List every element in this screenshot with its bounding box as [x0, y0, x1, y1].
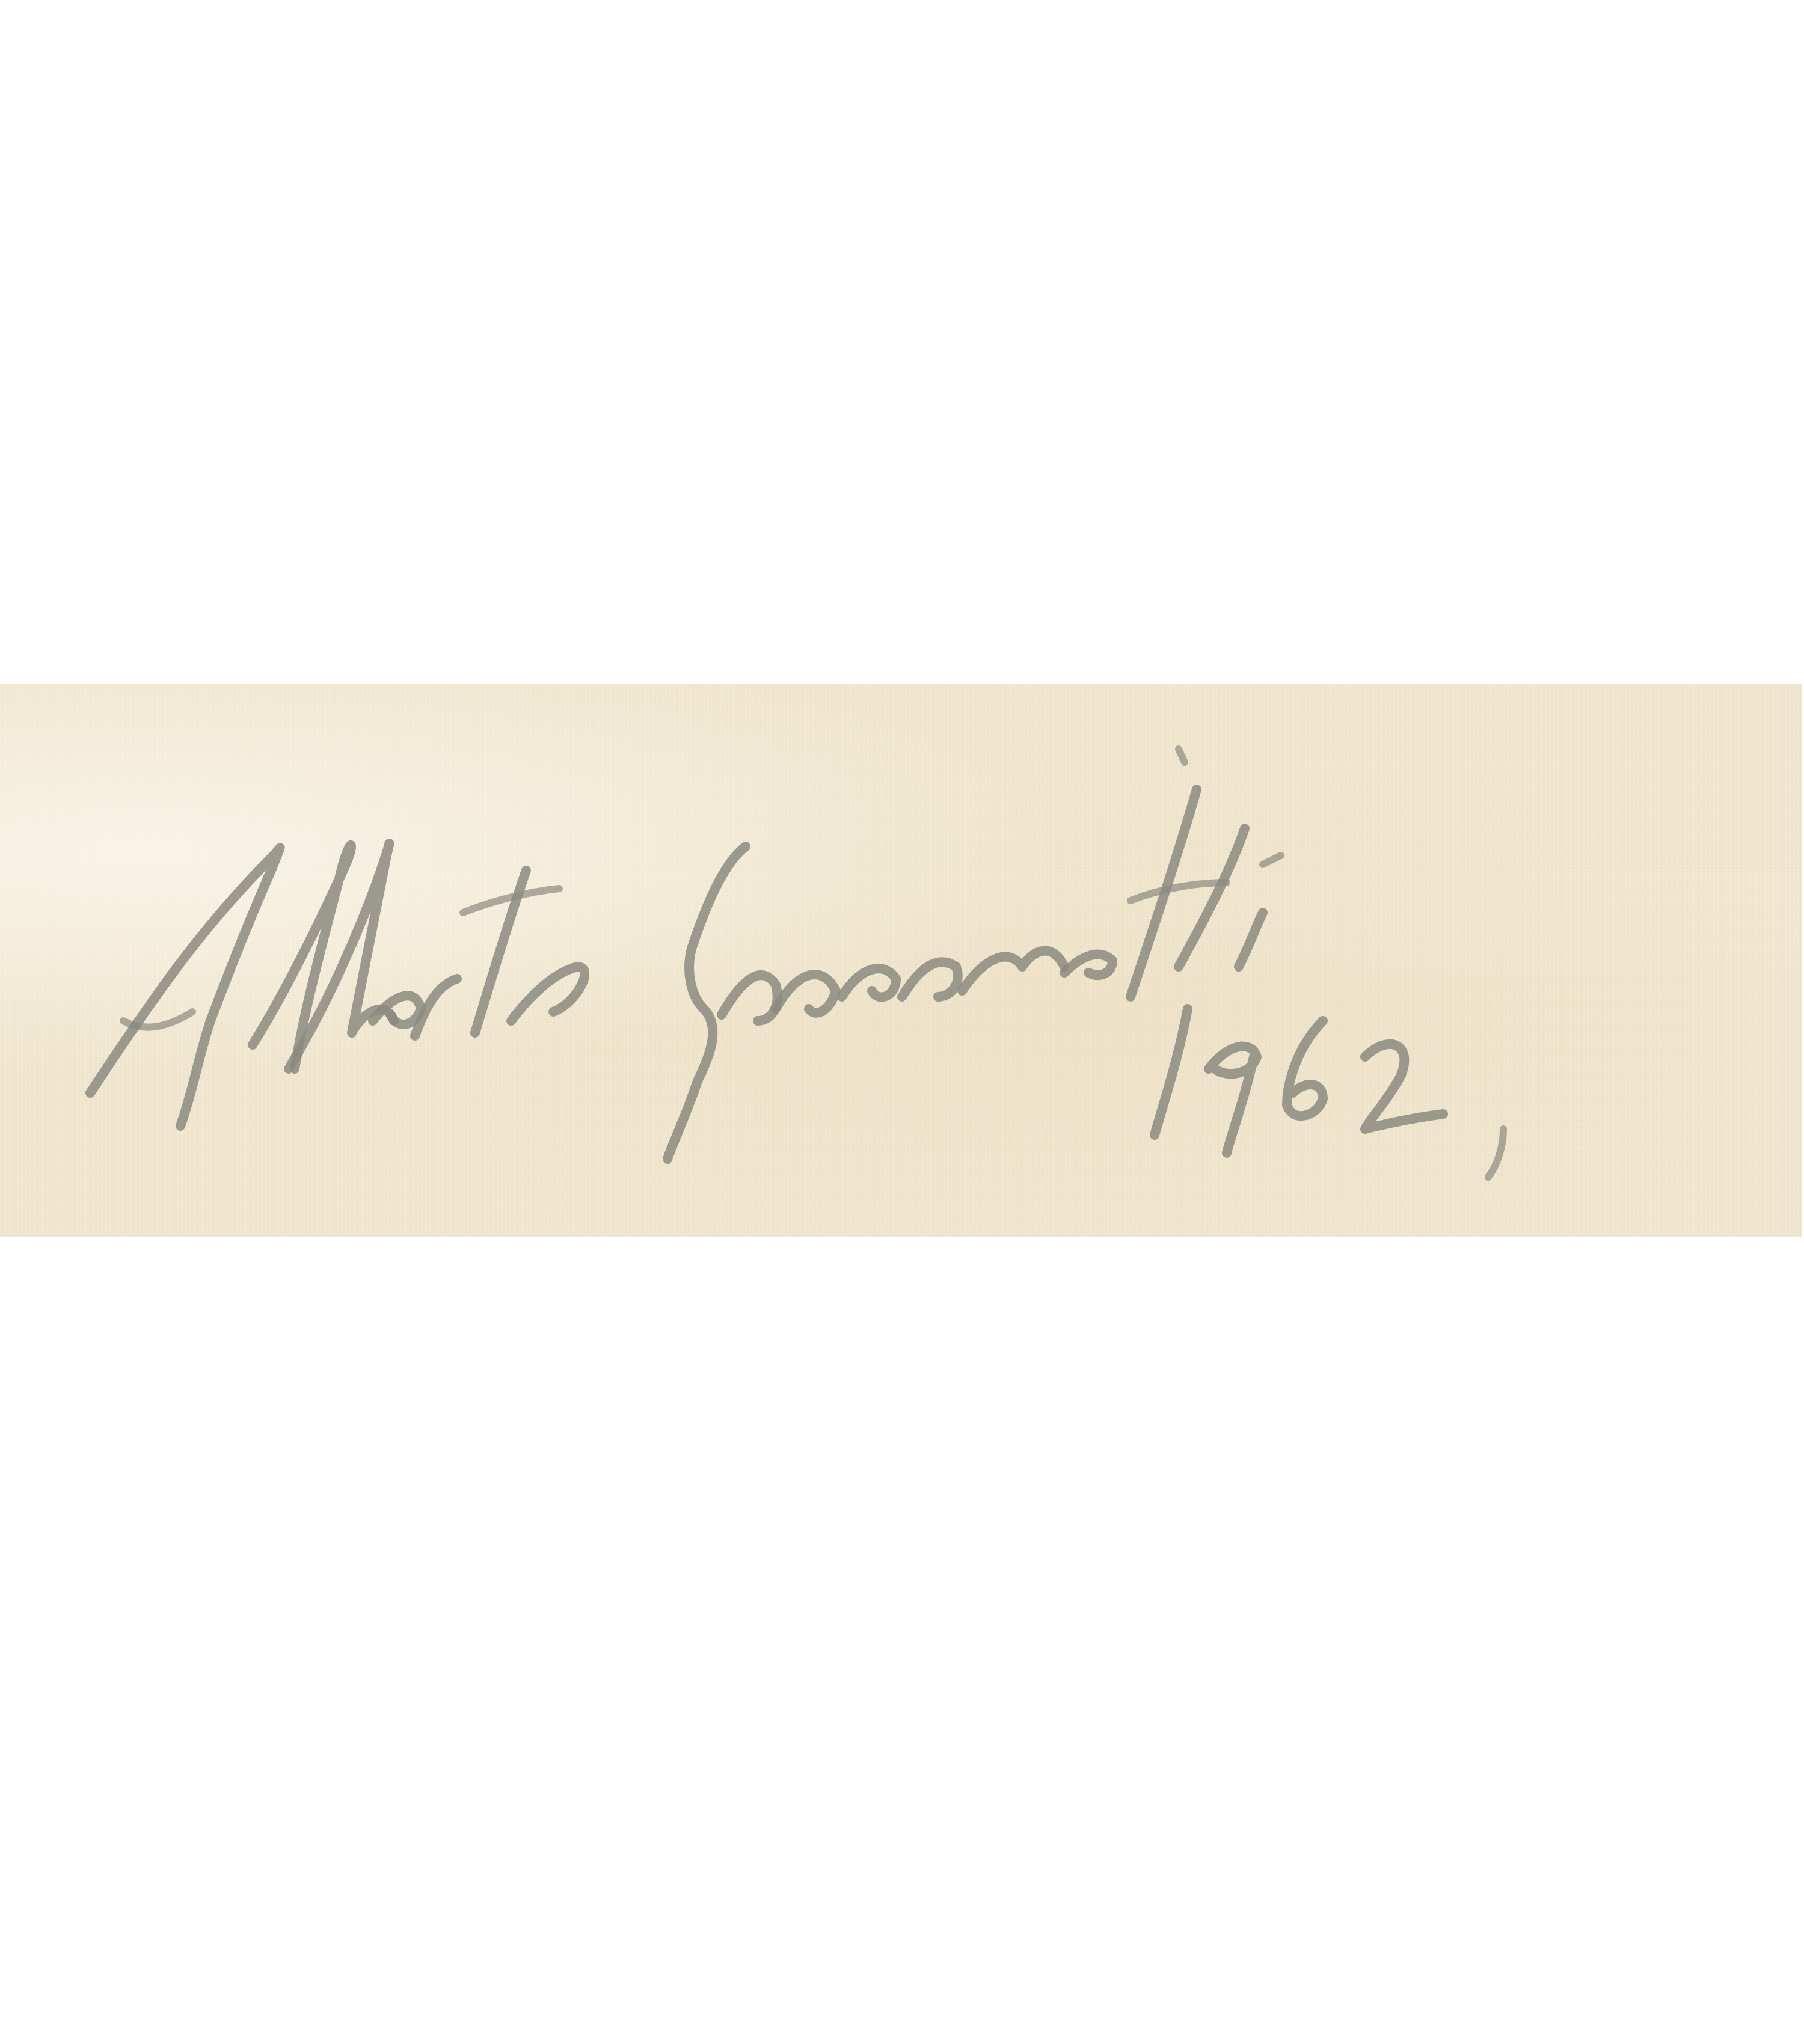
- signature-alberto: [90, 843, 584, 1126]
- signature-drawing: [0, 684, 1802, 1237]
- signature-giacometti: [667, 749, 1281, 1159]
- signature-year: [1155, 1009, 1503, 1177]
